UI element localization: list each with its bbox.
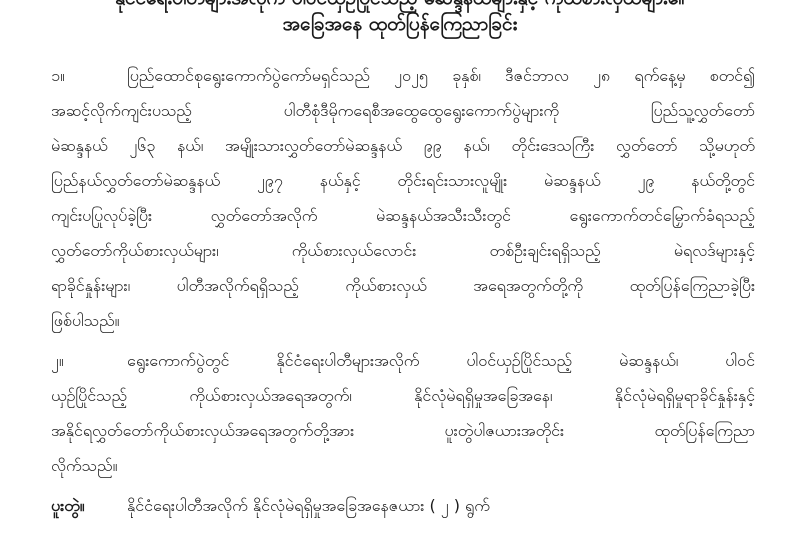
paragraph-line: ဖြစ်ပါသည်။ xyxy=(51,303,755,338)
document-body: ၁။ပြည်ထောင်စုရွေးကောက်ပွဲကော်မရှင်သည် ၂၀… xyxy=(51,58,755,523)
paragraph-line: အဆင့်လိုက်ကျင်းပသည့် ပါတီစုံဒီမိုကရေစီအထ… xyxy=(51,93,755,128)
attachment-note: ပူးတွဲ။နိုင်ငံရေးပါတီအလိုက် နိုင်လုံမဲရရ… xyxy=(51,488,755,523)
paragraph-line: ရွေးကောက်ပွဲတွင် နိုင်ငံရေးပါတီများအလိုက… xyxy=(127,351,755,370)
paragraph-line: ရာခိုင်နှုန်းများ၊ ပါတီအလိုက်ရရှိသည့် ကိ… xyxy=(51,268,755,303)
paragraph-number: ၂။ xyxy=(51,343,127,378)
paragraph-line: ပြည်နယ်လွှတ်တော်မဲဆန္ဒနယ် ၂၉၇ နယ်နှင့် တ… xyxy=(51,163,755,198)
paragraph-2: ၂။ရွေးကောက်ပွဲတွင် နိုင်ငံရေးပါတီများအလိ… xyxy=(51,343,755,483)
document-page: နိုင်ငံရေးပါတီများအလိုက် ပါဝင်ယှဉ်ပြိုင်… xyxy=(0,0,800,550)
paragraph-line: အနိုင်ရလွှတ်တော်ကိုယ်စားလှယ်အရေအတွက်တို့… xyxy=(51,413,755,448)
paragraph-line: ကျင်းပပြုလုပ်ခဲ့ပြီး လွှတ်တော်အလိုက် မဲဆ… xyxy=(51,198,755,233)
document-title: အခြေအနေ ထုတ်ပြန်ကြေညာခြင်း xyxy=(0,12,800,40)
paragraph-line: ယှဉ်ပြိုင်သည့် ကိုယ်စားလှယ်အရေအတွက်၊ နို… xyxy=(51,378,755,413)
paragraph-line: လိုက်သည်။ xyxy=(51,448,755,483)
attachment-label: ပူးတွဲ။ xyxy=(51,488,127,523)
paragraph-line: လွှတ်တော်ကိုယ်စားလှယ်များ၊ ကိုယ်စားလှယ်လ… xyxy=(51,233,755,268)
paragraph-line: ပြည်ထောင်စုရွေးကောက်ပွဲကော်မရှင်သည် ၂၀၂၅… xyxy=(127,66,755,85)
paragraph-1: ၁။ပြည်ထောင်စုရွေးကောက်ပွဲကော်မရှင်သည် ၂၀… xyxy=(51,58,755,338)
attachment-text: နိုင်ငံရေးပါတီအလိုက် နိုင်လုံမဲရရှိမှုအခ… xyxy=(127,496,490,515)
paragraph-line: မဲဆန္ဒနယ် ၂၆၃ နယ်၊ အမျိုးသားလွှတ်တော်မဲဆ… xyxy=(51,128,755,163)
paragraph-number: ၁။ xyxy=(51,58,127,93)
